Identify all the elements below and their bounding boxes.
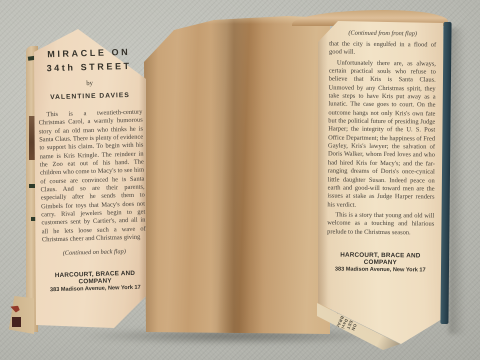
continued-on-back-flap-note: (Continued on back flap) — [42, 247, 146, 257]
jacket-inside-panel — [138, 14, 330, 336]
book-title-line1: MIRACLE ON — [47, 47, 130, 59]
back-flap-paragraph-2: Unfortunately there are, as always, cert… — [327, 59, 436, 210]
publisher-name: HARCOURT, BRACE AND COMPANY — [43, 269, 147, 286]
cover-dark-mark — [12, 317, 21, 327]
back-flap-paragraph-3: This is a story that young and old will … — [327, 211, 434, 237]
photo-of-open-book-jacket: MIRACLE ON 34th STREET by VALENTINE DAVI… — [0, 0, 480, 360]
front-flap-text: MIRACLE ON 34th STREET by VALENTINE DAVI… — [37, 45, 148, 293]
back-flap-paragraph-1: that the city is engulfed in a flood of … — [329, 40, 436, 58]
back-flap-text: (Continued from front flap) that the cit… — [327, 29, 437, 273]
book-title-line2: 34th STREET — [46, 61, 131, 73]
author-name: VALENTINE DAVIES — [38, 92, 142, 102]
front-flap-blurb: This is a twentieth-century Christmas Ca… — [38, 109, 146, 245]
byline-prefix: by — [38, 79, 142, 89]
publisher-address: 383 Madison Avenue, New York 17 — [327, 266, 434, 273]
cover-corner-peek — [6, 296, 34, 334]
book-right-shadow — [449, 28, 465, 334]
book-title: MIRACLE ON 34th STREET — [37, 45, 142, 76]
publisher-name: HARCOURT, BRACE AND COMPANY — [327, 251, 434, 266]
continued-from-front-flap-note: (Continued from front flap) — [329, 29, 436, 37]
